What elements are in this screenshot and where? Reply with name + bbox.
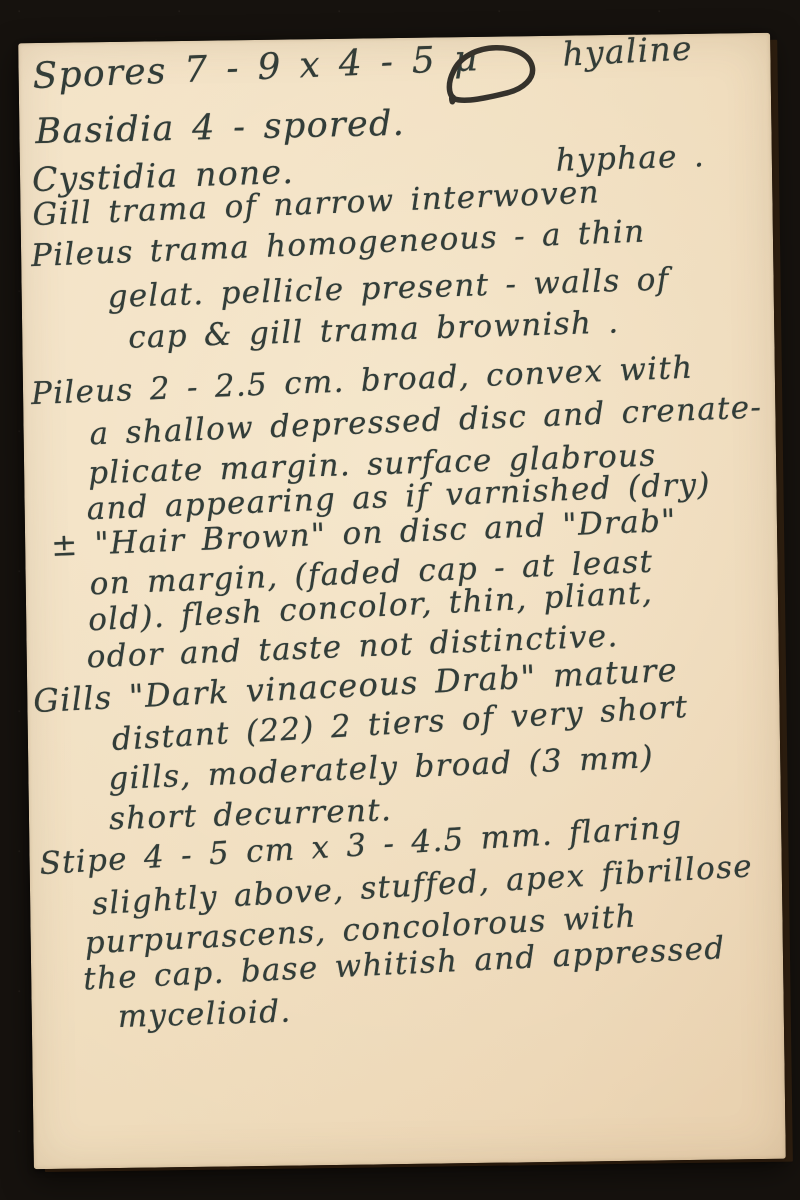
spores-color-word: hyaline	[562, 31, 694, 70]
spores-measurements-line: Spores 7 - 9 x 4 - 5 µ	[32, 41, 479, 95]
spore-sketch-icon	[441, 39, 541, 109]
basidia-line: Basidia 4 - spored.	[35, 107, 405, 150]
photo-background: Spores 7 - 9 x 4 - 5 µ hyaline Basidia 4…	[0, 0, 800, 1200]
stipe-line: mycelioid.	[117, 997, 292, 1033]
pileus-trama-line: cap & gill trama brownish .	[128, 307, 620, 353]
hyphae-word: hyphae .	[555, 141, 705, 177]
note-card: Spores 7 - 9 x 4 - 5 µ hyaline Basidia 4…	[18, 33, 786, 1169]
